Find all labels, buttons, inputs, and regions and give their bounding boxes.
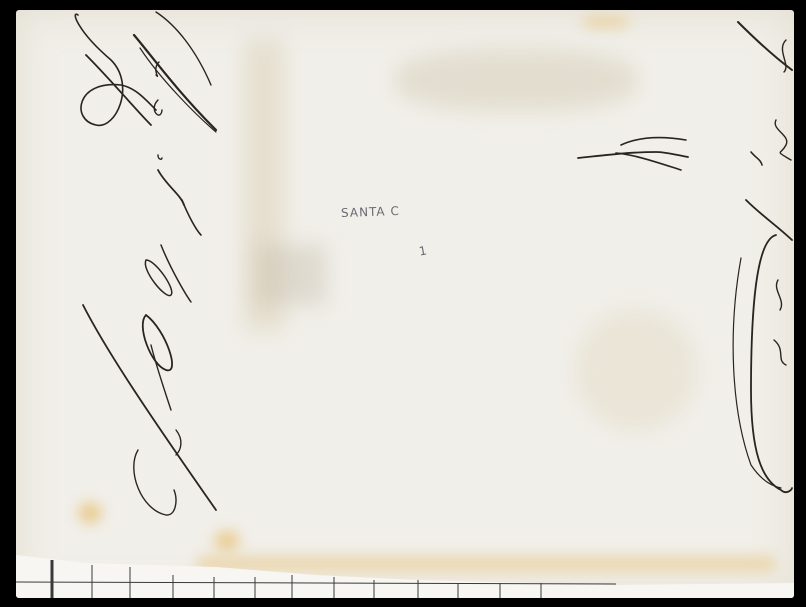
letter-paper: SANTA C 1 <box>16 10 794 598</box>
pencil-notation: SANTA C <box>341 204 400 220</box>
handwriting-ink <box>16 10 794 598</box>
docket-oval <box>751 235 792 492</box>
flourish-loop <box>75 14 156 125</box>
ledger-strip <box>16 555 794 598</box>
scan-background: SANTA C 1 <box>0 0 806 607</box>
